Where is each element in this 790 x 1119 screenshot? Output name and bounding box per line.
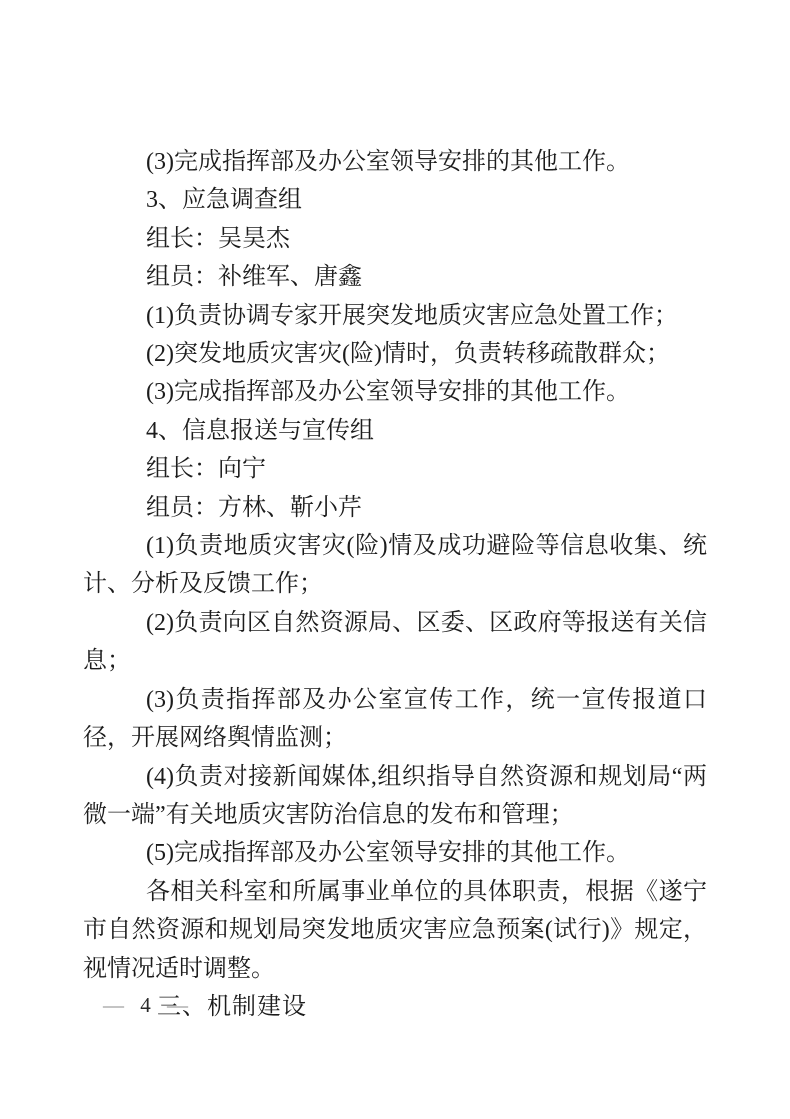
heading-group-3-emergency-investigation: 3、应急调查组 (83, 181, 707, 219)
paragraph-group3-members: 组员：补维军、唐鑫 (83, 258, 707, 296)
paragraph-group4-duty-2: (2)负责向区自然资源局、区委、区政府等报送有关信息； (83, 604, 707, 681)
paragraph-group3-leader: 组长：吴昊杰 (83, 220, 707, 258)
paragraph-group4-duty-3: (3)负责指挥部及办公室宣传工作，统一宣传报道口径，开展网络舆情监测； (83, 681, 707, 758)
paragraph-duties-adjustment-note: 各相关科室和所属事业单位的具体职责，根据《遂宁市自然资源和规划局突发地质灾害应急… (83, 873, 707, 988)
page-number-value: 4 (140, 993, 151, 1017)
page-number: — 4 — (103, 993, 188, 1017)
paragraph-group3-duty-3: (3)完成指挥部及办公室领导安排的其他工作。 (83, 373, 707, 411)
paragraph-group4-members: 组员：方林、靳小芹 (83, 489, 707, 527)
paragraph-group4-duty-1: (1)负责地质灾害灾(险)情及成功避险等信息收集、统计、分析及反馈工作； (83, 527, 707, 604)
page-number-dash-right: — (167, 993, 188, 1017)
paragraph-group4-leader: 组长：向宁 (83, 450, 707, 488)
page-number-dash-left: — (103, 993, 124, 1017)
paragraph-group4-duty-4: (4)负责对接新闻媒体,组织指导自然资源和规划局“两微一端”有关地质灾害防治信息… (83, 758, 707, 835)
paragraph-group3-duty-2: (2)突发地质灾害灾(险)情时，负责转移疏散群众； (83, 335, 707, 373)
heading-group-4-information-publicity: 4、信息报送与宣传组 (83, 412, 707, 450)
paragraph-duty-other-work: (3)完成指挥部及办公室领导安排的其他工作。 (83, 143, 707, 181)
paragraph-group4-duty-5: (5)完成指挥部及办公室领导安排的其他工作。 (83, 834, 707, 872)
paragraph-group3-duty-1: (1)负责协调专家开展突发地质灾害应急处置工作； (83, 297, 707, 335)
document-page-content: (3)完成指挥部及办公室领导安排的其他工作。 3、应急调查组 组长：吴昊杰 组员… (83, 143, 707, 1026)
